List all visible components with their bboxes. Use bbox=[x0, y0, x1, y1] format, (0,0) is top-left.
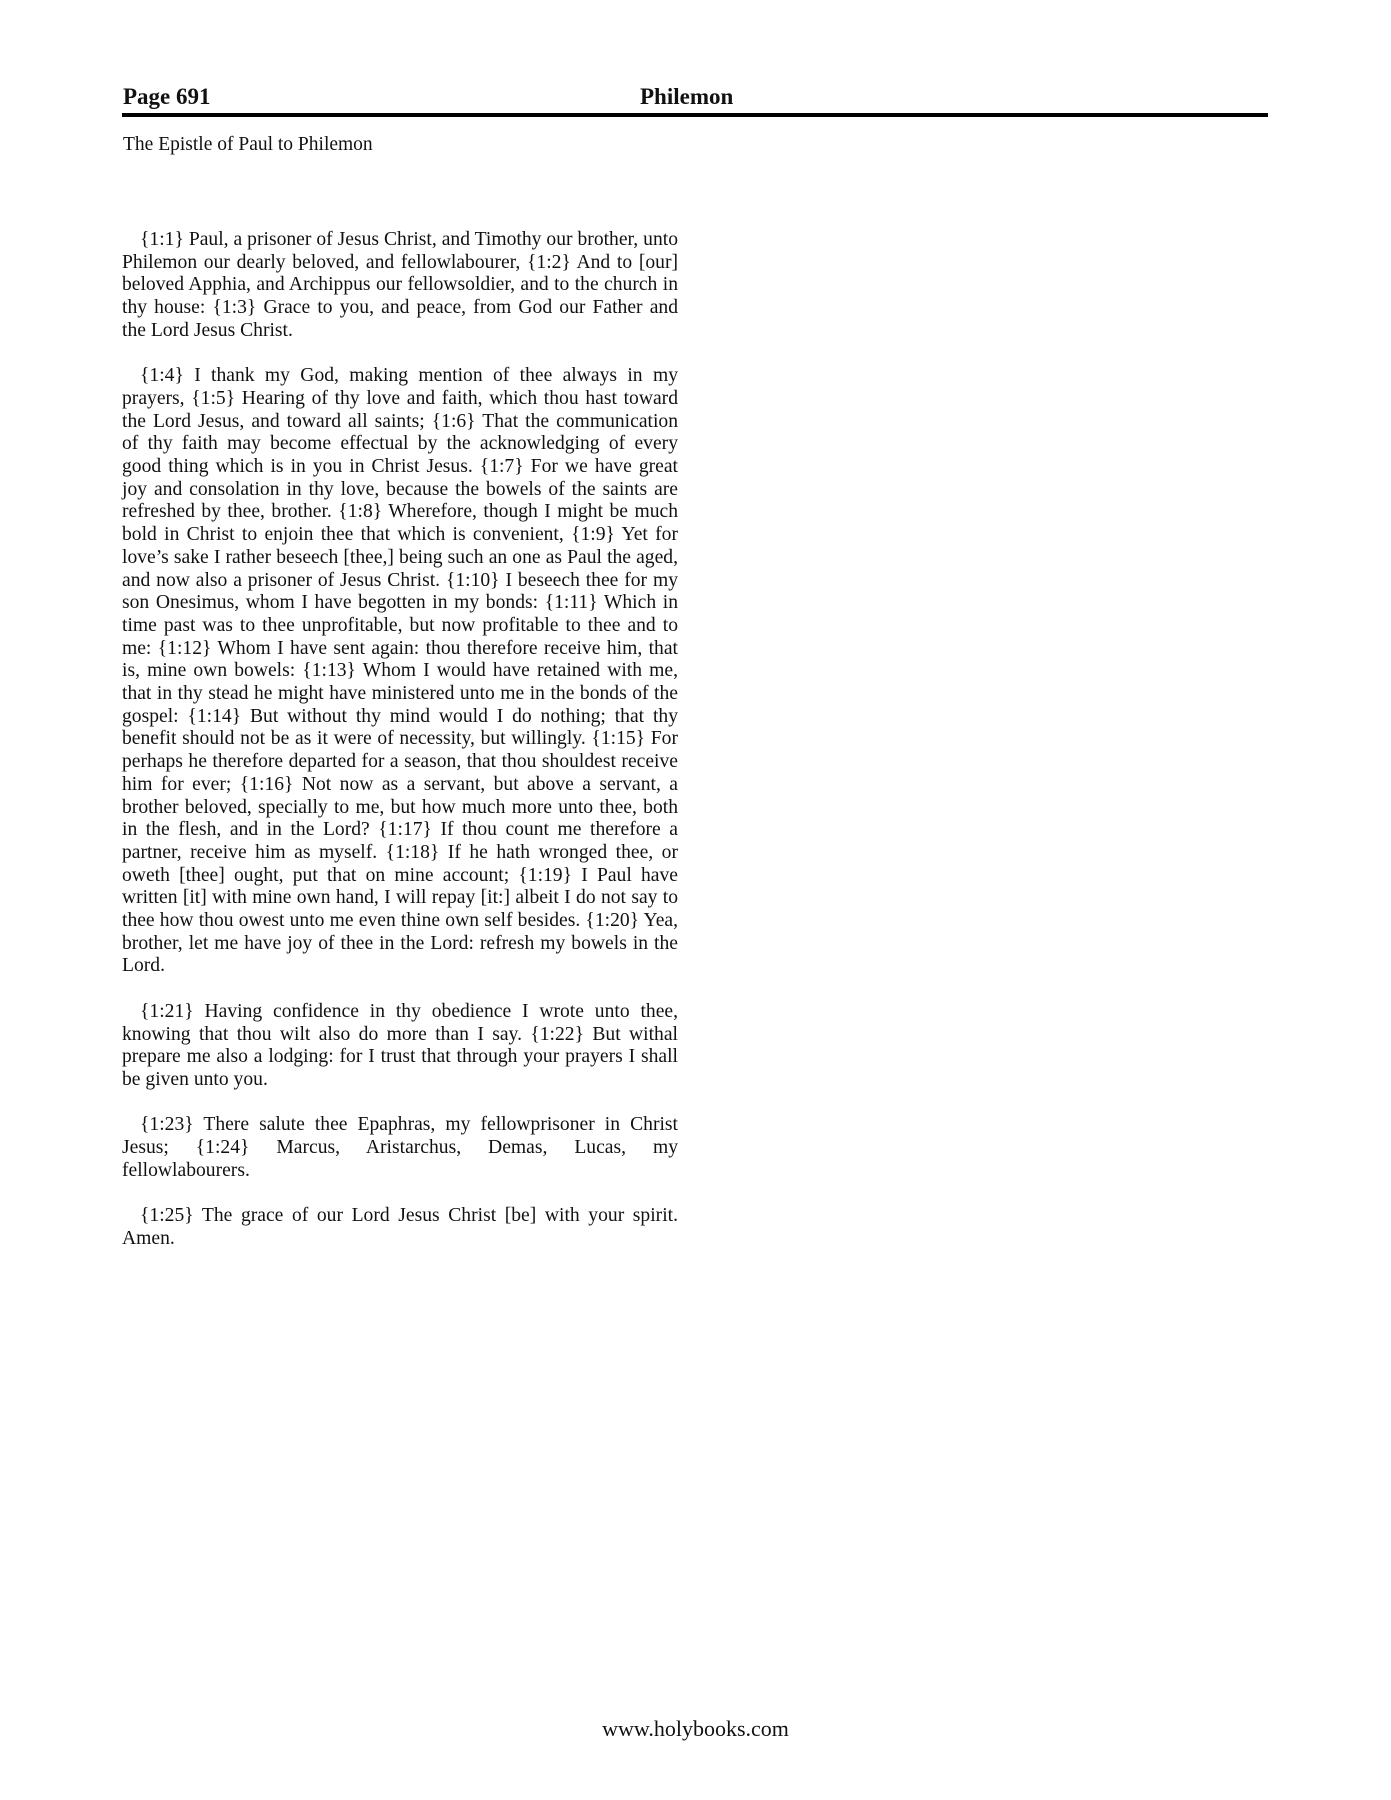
paragraph-verses-23-24: {1:23} There salute thee Epaphras, my fe… bbox=[122, 1114, 678, 1182]
paragraph-verse-25: {1:25} The grace of our Lord Jesus Chris… bbox=[122, 1205, 678, 1250]
paragraph-verses-1-3: {1:1} Paul, a prisoner of Jesus Christ, … bbox=[122, 229, 678, 343]
footer-website-link[interactable]: www.holybooks.com bbox=[602, 1716, 789, 1742]
scripture-body: {1:1} Paul, a prisoner of Jesus Christ, … bbox=[122, 229, 678, 1273]
paragraph-verses-4-20: {1:4} I thank my God, making mention of … bbox=[122, 365, 678, 978]
epistle-subtitle: The Epistle of Paul to Philemon bbox=[123, 134, 373, 156]
page-header: Page 691 Philemon bbox=[122, 84, 1268, 117]
page-number: Page 691 bbox=[123, 84, 211, 110]
paragraph-verses-21-22: {1:21} Having confidence in thy obedienc… bbox=[122, 1001, 678, 1092]
book-title: Philemon bbox=[640, 84, 733, 110]
page-footer: www.holybooks.com bbox=[0, 1716, 1391, 1742]
